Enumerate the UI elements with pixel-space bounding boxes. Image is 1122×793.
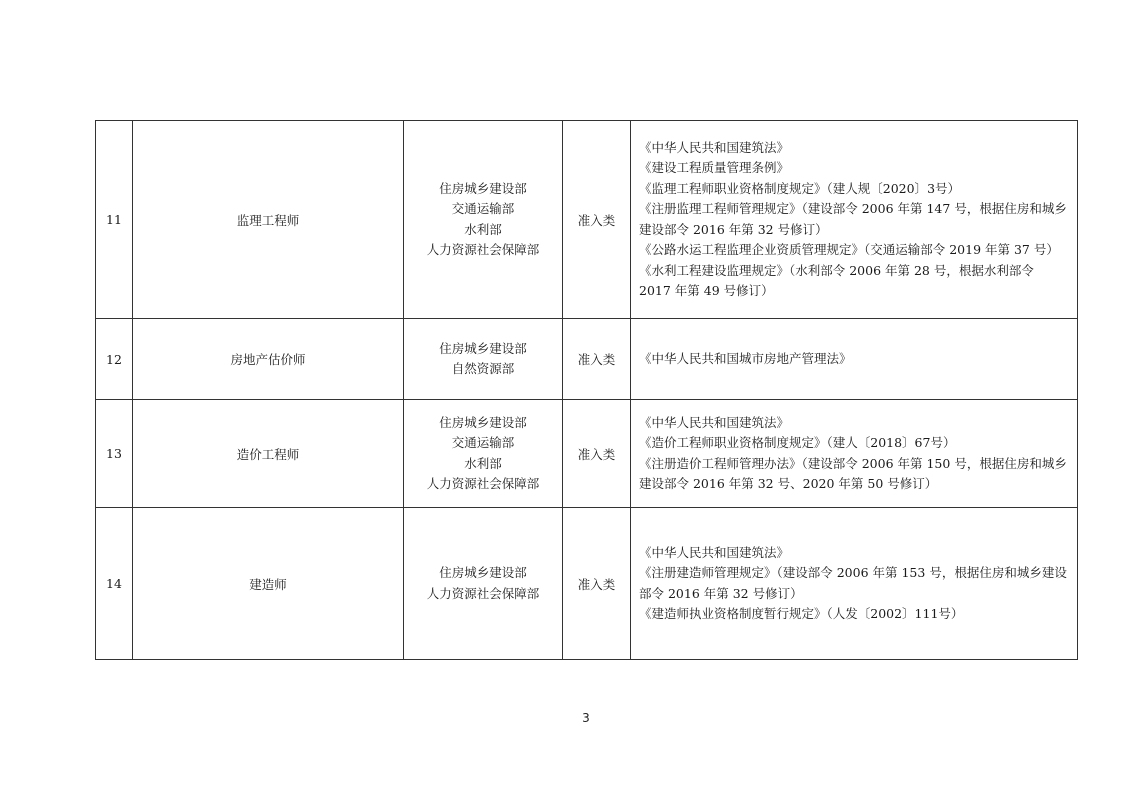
legal-basis-item: 《注册建造师管理规定》（建设部令 2006 年第 153 号，根据住房和城乡建设… [639, 563, 1069, 604]
legal-basis-item: 《建造师执业资格制度暂行规定》（人发〔2002〕111号） [639, 604, 1069, 625]
department: 住房城乡建设部 [404, 179, 562, 200]
category: 准入类 [563, 508, 631, 660]
page-number: 3 [0, 711, 1122, 725]
department: 自然资源部 [404, 359, 562, 380]
category: 准入类 [563, 319, 631, 400]
departments-cell: 住房城乡建设部 交通运输部 水利部 人力资源社会保障部 [404, 400, 563, 508]
department: 水利部 [404, 454, 562, 475]
legal-basis-item: 《监理工程师职业资格制度规定》（建人规〔2020〕3号） [639, 179, 1069, 200]
departments-cell: 住房城乡建设部 人力资源社会保障部 [404, 508, 563, 660]
legal-basis-item: 《注册监理工程师管理规定》（建设部令 2006 年第 147 号，根据住房和城乡… [639, 199, 1069, 240]
category: 准入类 [563, 121, 631, 319]
departments-cell: 住房城乡建设部 自然资源部 [404, 319, 563, 400]
department: 人力资源社会保障部 [404, 584, 562, 605]
table-row: 12 房地产估价师 住房城乡建设部 自然资源部 准入类 《中华人民共和国城市房地… [96, 319, 1078, 400]
qualification-table: 11 监理工程师 住房城乡建设部 交通运输部 水利部 人力资源社会保障部 准入类… [95, 120, 1078, 660]
table-row: 13 造价工程师 住房城乡建设部 交通运输部 水利部 人力资源社会保障部 准入类… [96, 400, 1078, 508]
qualification-name: 房地产估价师 [133, 319, 404, 400]
department: 人力资源社会保障部 [404, 240, 562, 261]
department: 交通运输部 [404, 199, 562, 220]
legal-basis-cell: 《中华人民共和国建筑法》 《建设工程质量管理条例》 《监理工程师职业资格制度规定… [631, 121, 1078, 319]
department: 住房城乡建设部 [404, 563, 562, 584]
legal-basis-item: 《中华人民共和国城市房地产管理法》 [639, 349, 1069, 370]
departments-cell: 住房城乡建设部 交通运输部 水利部 人力资源社会保障部 [404, 121, 563, 319]
qualification-name: 建造师 [133, 508, 404, 660]
legal-basis-item: 《中华人民共和国建筑法》 [639, 413, 1069, 434]
row-number: 14 [96, 508, 133, 660]
legal-basis-cell: 《中华人民共和国建筑法》 《注册建造师管理规定》（建设部令 2006 年第 15… [631, 508, 1078, 660]
department: 住房城乡建设部 [404, 339, 562, 360]
legal-basis-item: 《公路水运工程监理企业资质管理规定》（交通运输部令 2019 年第 37 号） [639, 240, 1069, 261]
department: 住房城乡建设部 [404, 413, 562, 434]
legal-basis-item: 《建设工程质量管理条例》 [639, 158, 1069, 179]
legal-basis-item: 《水利工程建设监理规定》（水利部令 2006 年第 28 号，根据水利部令 20… [639, 261, 1069, 302]
row-number: 11 [96, 121, 133, 319]
department: 水利部 [404, 220, 562, 241]
document-page: 11 监理工程师 住房城乡建设部 交通运输部 水利部 人力资源社会保障部 准入类… [0, 0, 1122, 793]
legal-basis-cell: 《中华人民共和国建筑法》 《造价工程师职业资格制度规定》（建人〔2018〕67号… [631, 400, 1078, 508]
row-number: 13 [96, 400, 133, 508]
legal-basis-item: 《造价工程师职业资格制度规定》（建人〔2018〕67号） [639, 433, 1069, 454]
category: 准入类 [563, 400, 631, 508]
legal-basis-item: 《中华人民共和国建筑法》 [639, 543, 1069, 564]
qualification-name: 造价工程师 [133, 400, 404, 508]
table-row: 14 建造师 住房城乡建设部 人力资源社会保障部 准入类 《中华人民共和国建筑法… [96, 508, 1078, 660]
qualification-name: 监理工程师 [133, 121, 404, 319]
table-row: 11 监理工程师 住房城乡建设部 交通运输部 水利部 人力资源社会保障部 准入类… [96, 121, 1078, 319]
row-number: 12 [96, 319, 133, 400]
legal-basis-item: 《注册造价工程师管理办法》（建设部令 2006 年第 150 号，根据住房和城乡… [639, 454, 1069, 495]
department: 人力资源社会保障部 [404, 474, 562, 495]
legal-basis-cell: 《中华人民共和国城市房地产管理法》 [631, 319, 1078, 400]
legal-basis-item: 《中华人民共和国建筑法》 [639, 138, 1069, 159]
department: 交通运输部 [404, 433, 562, 454]
